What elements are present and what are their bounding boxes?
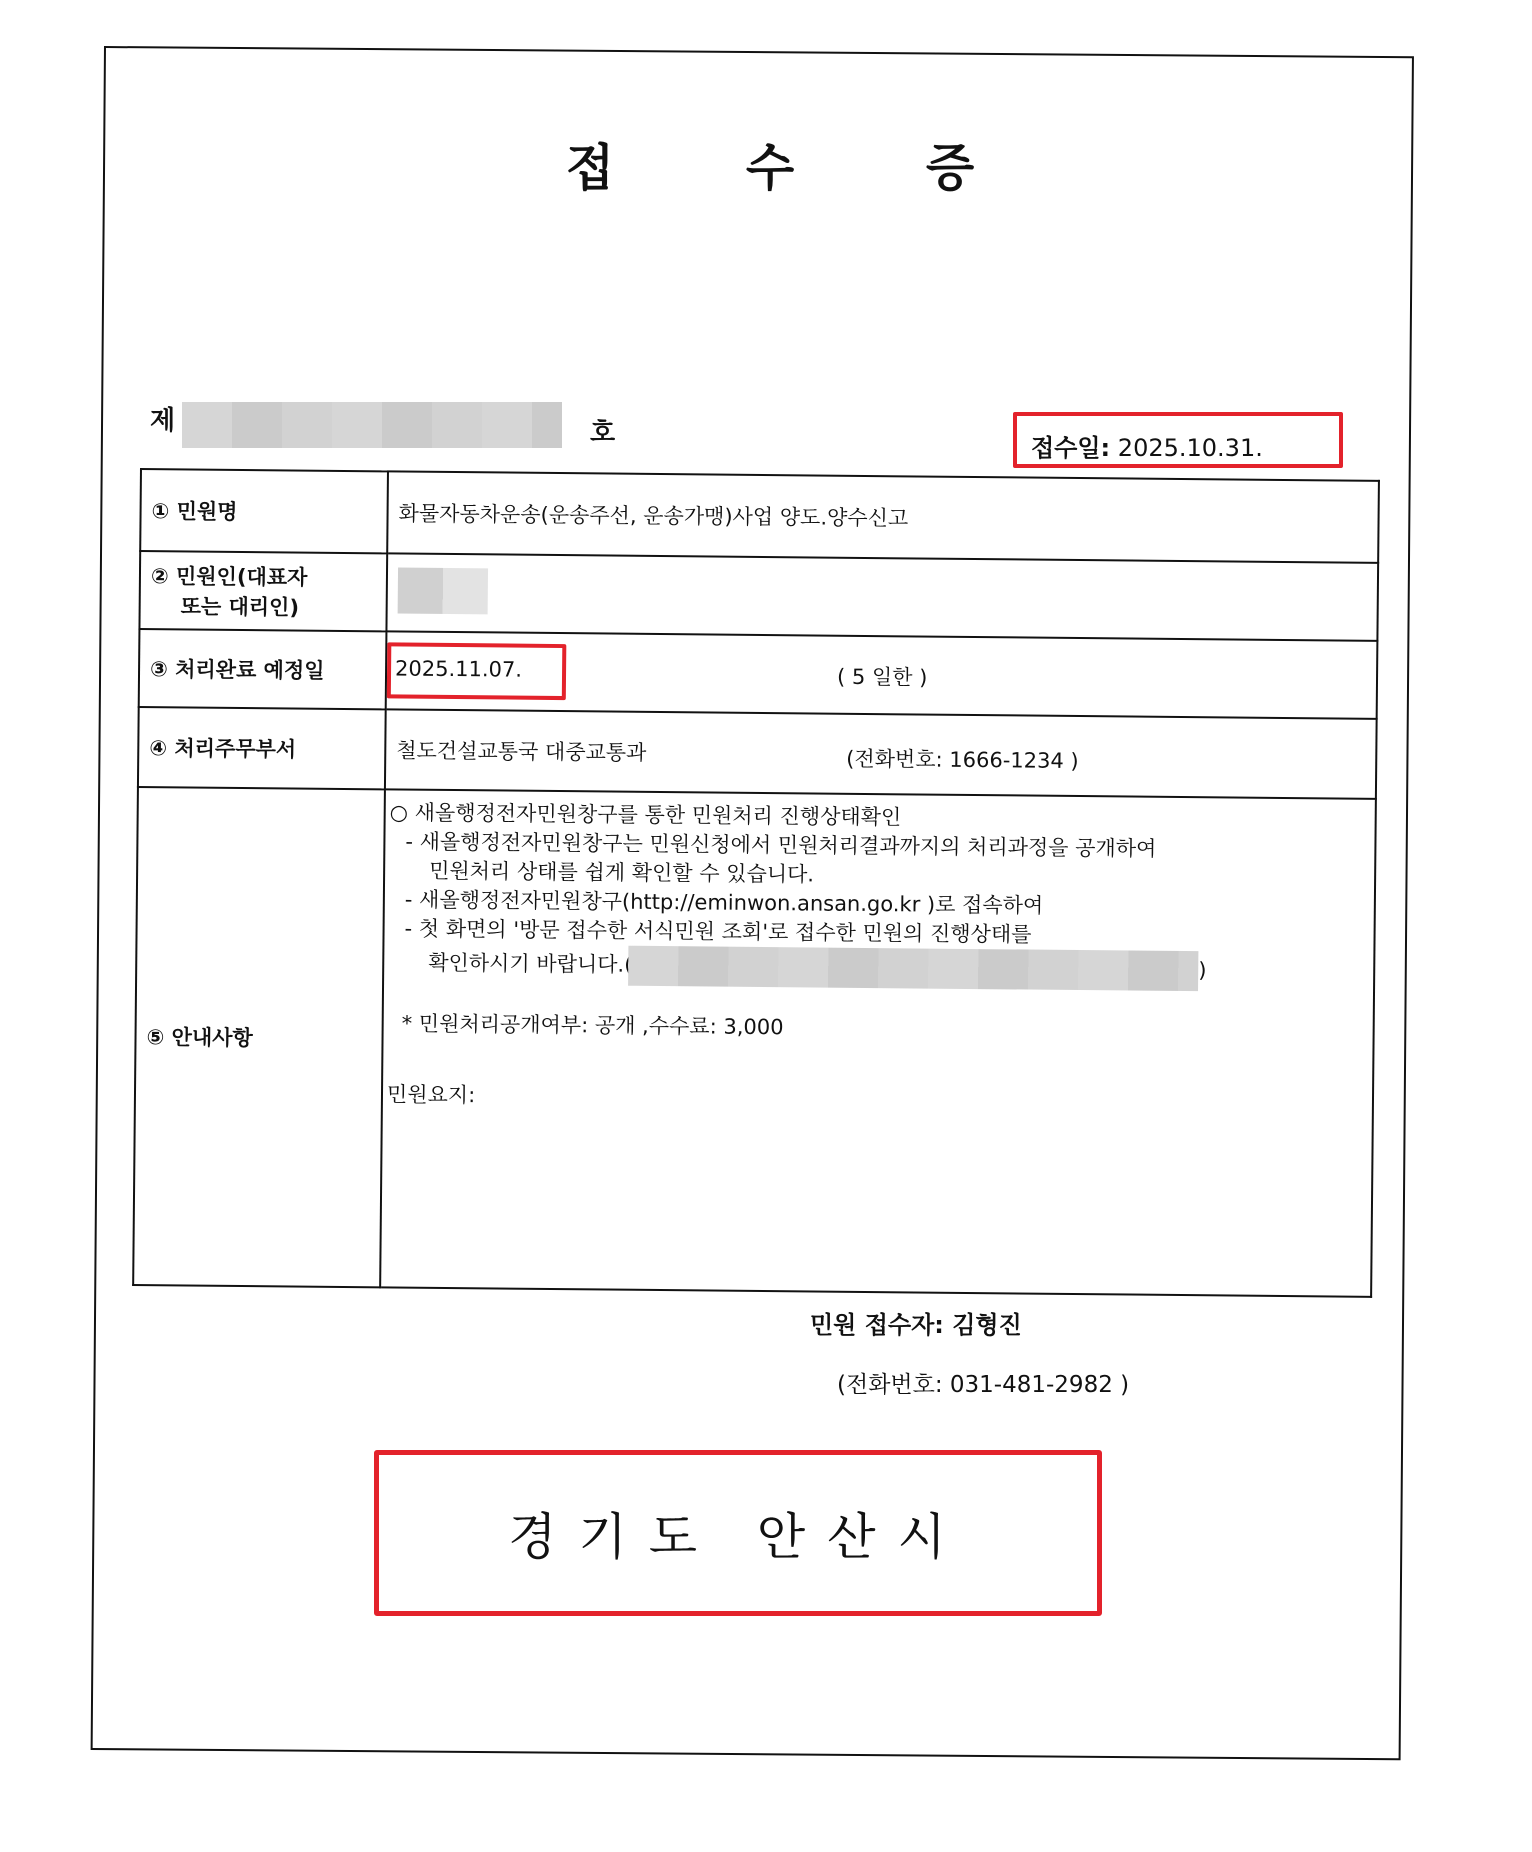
department: 철도건설교통국 대중교통과	[396, 738, 646, 764]
title-char: 증	[920, 128, 980, 200]
row-label: ④ 처리주무부서	[138, 707, 386, 789]
issuer-highlight: 경기도 안산시	[374, 1450, 1102, 1616]
guide-line-text: 확인하시기 바랍니다.(	[428, 951, 632, 977]
guide-line: 확인하시기 바랍니다.()	[388, 943, 1363, 992]
complaint-name: 화물자동차운송(운송주선, 운송가맹)사업 양도.양수신고	[387, 471, 1379, 563]
department-cell: 철도건설교통국 대중교통과 (전화번호: 1666-1234 )	[385, 709, 1377, 799]
title-char: 수	[740, 128, 800, 200]
row-label: ③ 처리완료 예정일	[139, 629, 387, 709]
receipt-date-label: 접수일:	[1031, 434, 1110, 462]
row-label: ⑤ 안내사항	[133, 787, 385, 1287]
table-row: ② 민원인(대표자 또는 대리인)	[139, 551, 1378, 641]
row-label: ① 민원명	[140, 469, 388, 553]
processing-deadline: ( 5 일한 )	[837, 661, 928, 692]
due-date: 2025.11.07.	[395, 656, 522, 681]
guide-cell: ○ 새올행정전자민원창구를 통한 민원처리 진행상태확인 - 새올행정전자민원창…	[380, 789, 1376, 1296]
receipt-number-prefix: 제	[150, 406, 175, 436]
table-row: ③ 처리완료 예정일 2025.11.07. ( 5 일한 )	[139, 629, 1378, 719]
guide-line-end: )	[1198, 958, 1206, 982]
due-date-cell: 2025.11.07. ( 5 일한 )	[386, 631, 1378, 719]
issuer-name: 경기도 안산시	[508, 1497, 968, 1569]
clerk-phone: (전화번호: 031-481-2982 )	[837, 1366, 1129, 1399]
title-char: 접	[560, 128, 620, 200]
receipt-form-table: ① 민원명 화물자동차운송(운송주선, 운송가맹)사업 양도.양수신고 ② 민원…	[132, 468, 1380, 1298]
row-label-line: ② 민원인(대표자	[151, 560, 376, 592]
redacted-contact	[628, 946, 1198, 991]
department-phone: (전화번호: 1666-1234 )	[846, 743, 1079, 775]
row-label: ② 민원인(대표자 또는 대리인)	[139, 551, 387, 631]
complaint-summary-label: 민원요지:	[387, 1080, 1362, 1118]
redacted-applicant	[398, 567, 488, 614]
receipt-number: 제 호	[150, 400, 175, 437]
table-row: ④ 처리주무부서 철도건설교통국 대중교통과 (전화번호: 1666-1234 …	[138, 707, 1377, 799]
document-title: 접 수 증	[560, 128, 980, 200]
applicant-name	[386, 553, 1378, 641]
receipt-number-suffix: 호	[590, 412, 615, 449]
table-row: ① 민원명 화물자동차운송(운송주선, 운송가맹)사업 양도.양수신고	[140, 469, 1379, 563]
disclosure-and-fee: * 민원처리공개여부: 공개 ,수수료: 3,000	[388, 1009, 1363, 1047]
redacted-receipt-number	[182, 402, 562, 448]
receipt-date-highlight: 접수일: 2025.10.31.	[1013, 412, 1343, 468]
receipt-date: 2025.10.31.	[1118, 434, 1263, 462]
table-row: ⑤ 안내사항 ○ 새올행정전자민원창구를 통한 민원처리 진행상태확인 - 새올…	[133, 787, 1376, 1297]
receiving-clerk: 민원 접수자: 김형진	[810, 1305, 1022, 1340]
row-label-line: 또는 대리인)	[151, 590, 376, 622]
due-date-highlight: 2025.11.07.	[387, 642, 566, 700]
